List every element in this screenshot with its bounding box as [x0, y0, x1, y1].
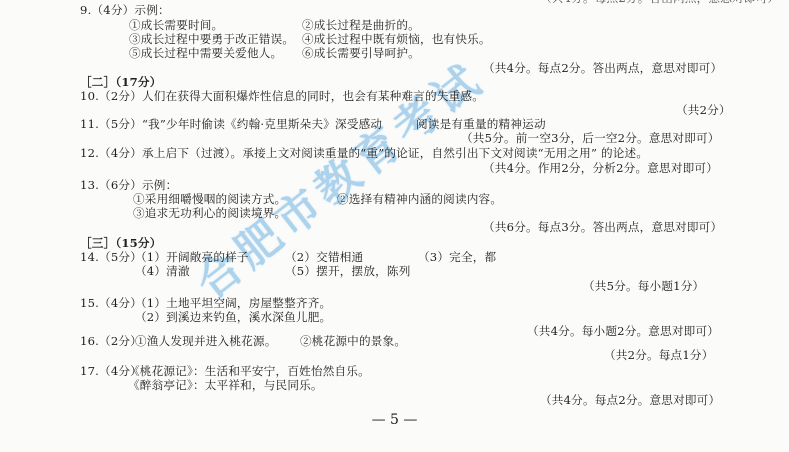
q9-item-1: ①成长需要时间。: [129, 18, 223, 32]
q17-item-1: 《桃花源记》：生活和平安宁，百姓怡然自乐。: [128, 364, 370, 378]
q15-item-1: （1）土地平坦空阔，房屋整整齐齐。: [135, 296, 331, 310]
q11-score: （共5分。前一空3分，后一空2分。意思对即可）: [461, 131, 720, 145]
q14-prefix: 14.（5分）: [80, 250, 142, 264]
q10-score: （共2分）: [676, 103, 731, 117]
q12-score: （共4分。作用2分，分析2分。意思对即可）: [483, 161, 718, 175]
q13-item-1: ①采用细嚼慢咽的阅读方式。: [133, 192, 286, 206]
q15-score: （共4分。每小题2分。意思对即可）: [527, 324, 719, 338]
q14-item-3: （3）完全，都: [418, 250, 496, 264]
q14-item-1: （1）开阔敞亮的样子: [135, 250, 249, 264]
q9-item-5: ⑤成长过程中需要关爱他人。: [129, 46, 282, 60]
q11-text: 11.（5分）“我”少年时偷读《约翰·克里斯朵夫》深受感动: [80, 117, 382, 131]
q9-item-2: ②成长过程是曲折的。: [302, 18, 420, 32]
q16-item-2: ②桃花源中的景象。: [300, 334, 406, 348]
q15-prefix: 15.（4分）: [80, 296, 142, 310]
section-2-title: ［二］（17分）: [80, 75, 162, 89]
q16-item-1: ①渔人发现并进入桃花源。: [135, 334, 277, 348]
q14-score: （共5分。每小题1分）: [583, 279, 704, 293]
q9-header: 9.（4分）示例：: [80, 3, 170, 17]
q9-item-4: ④成长过程中既有烦恼，也有快乐。: [302, 32, 491, 46]
q9-item-3: ③成长过程中要勇于改正错误。: [129, 32, 294, 46]
q11-answer-2: 阅读是有重量的精神运动: [416, 117, 546, 131]
section-3-title: ［三］（15分）: [80, 236, 162, 250]
q12-text: 12.（4分）承上启下（过渡）。承接上文对阅读重量的“重”的论证，自然引出下文对…: [80, 146, 648, 160]
q9-item-6: ⑥成长需要引导呵护。: [302, 46, 420, 60]
q17-item-2: 《醉翁亭记》：太平祥和，与民同乐。: [128, 378, 323, 392]
q16-prefix: 16.（2分）: [80, 334, 142, 348]
answer-key-page: 合肥市教育考试 （共4分。每点2分。答出两点，意思对即可） 9.（4分）示例： …: [0, 0, 789, 452]
q15-item-2: （2）到溪边来钓鱼，溪水深鱼儿肥。: [135, 310, 331, 324]
page-number: — 5 —: [0, 412, 789, 428]
q14-item-5: （5）摆开，摆放，陈列: [285, 264, 411, 278]
q13-score: （共6分。每点3分。答出两点，意思对即可）: [483, 220, 722, 234]
top-cut-score: （共4分。每点2分。答出两点，意思对即可）: [540, 0, 779, 5]
q13-header: 13.（6分）示例：: [80, 178, 177, 192]
q13-item-2: ②选择有精神内涵的阅读内容。: [337, 192, 502, 206]
q10-text: 10.（2分）人们在获得大面积爆炸性信息的同时，也会有某种难言的失重感。: [80, 89, 484, 103]
q17-score: （共4分。每点2分。意思对即可）: [540, 393, 720, 407]
q9-score: （共4分。每点2分。答出两点，意思对即可）: [483, 61, 722, 75]
q14-item-2: （2）交错相通: [285, 250, 363, 264]
q14-item-4: （4）清澈: [135, 264, 190, 278]
q16-score: （共2分。每点1分）: [604, 348, 714, 362]
q13-item-3: ③追求无功利心的阅读境界。: [133, 206, 286, 220]
